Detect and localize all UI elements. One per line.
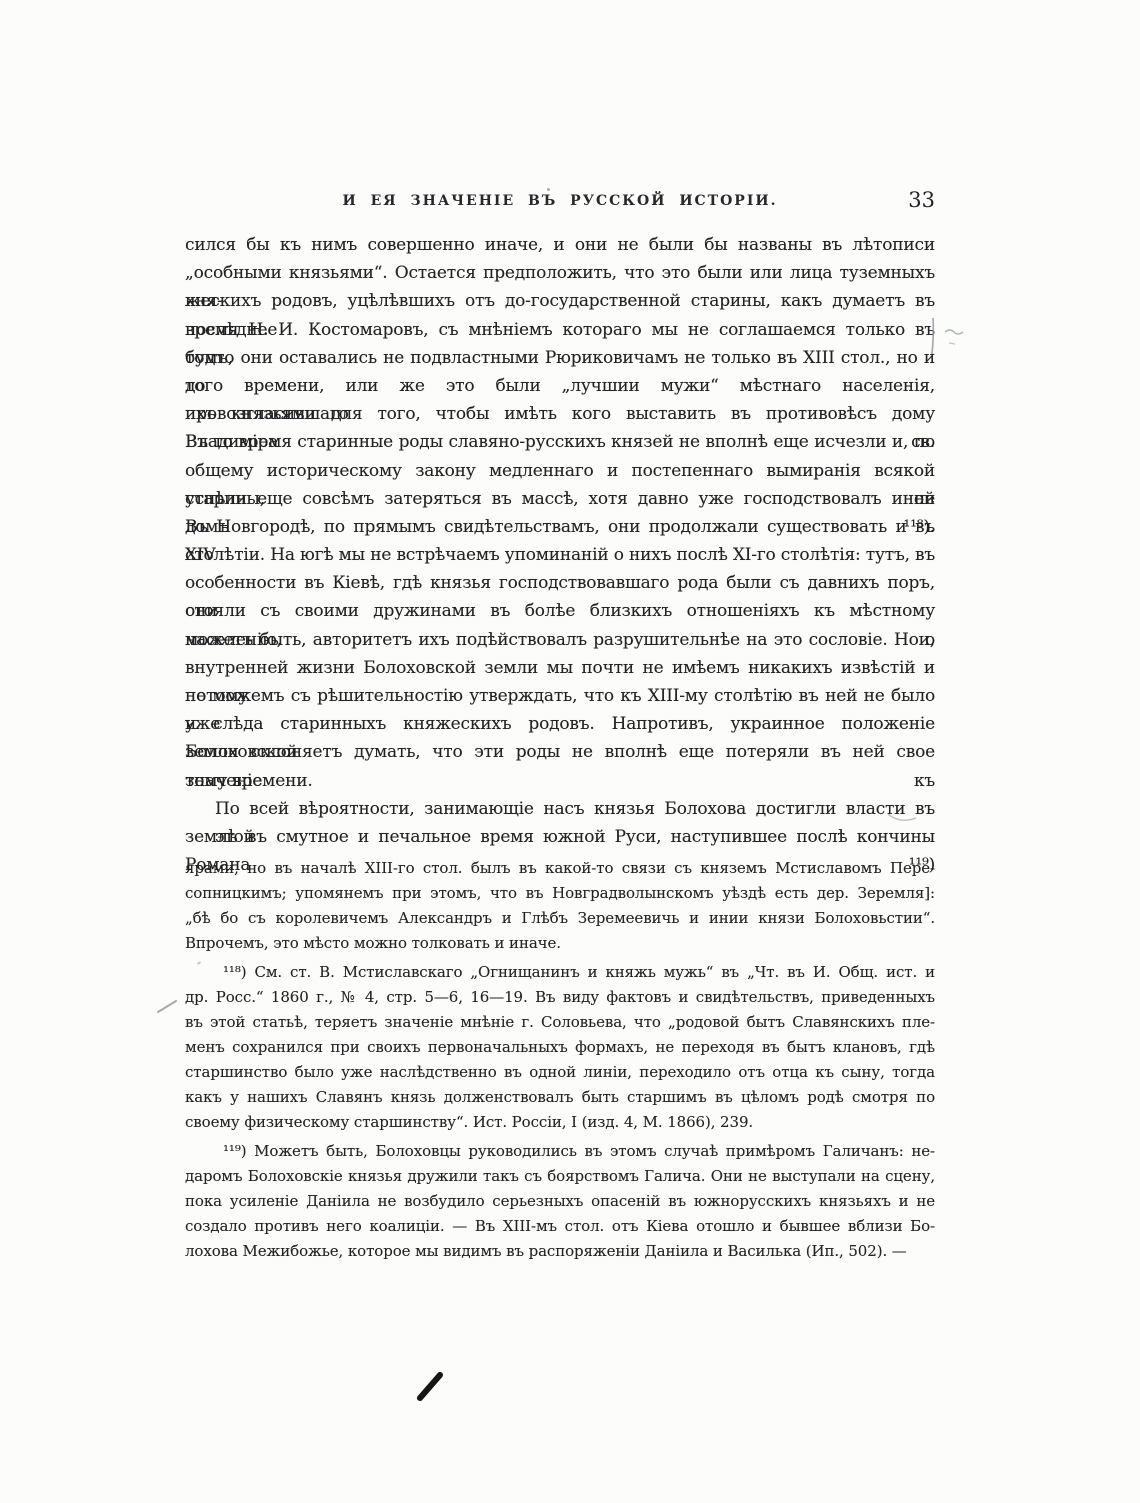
text-line: время Н. И. Костомаровъ, съ мнѣніемъ кот… xyxy=(185,316,935,344)
text-line: можетъ быть, авторитетъ ихъ подѣйствовал… xyxy=(185,626,935,654)
text-line: лохова Межибожье, которое мы видимъ въ р… xyxy=(185,1239,935,1264)
text-line: ¹¹⁸) См. ст. В. Мстиславскаго „Огнищанин… xyxy=(185,960,935,985)
text-line: сопницкимъ; упомянемъ при этомъ, что въ … xyxy=(185,881,935,906)
text-line: ¹¹⁹) Можетъ быть, Болоховцы руководились… xyxy=(185,1139,935,1164)
footnote-continuation: ярами, но въ началѣ XIII-го стол. былъ в… xyxy=(185,856,935,956)
text-line: пока усиленіе Даніила не возбудило серье… xyxy=(185,1189,935,1214)
running-title: И ЕЯ ЗНАЧЕНІЕ ВЪ РУССКОЙ ИСТОРІИ. xyxy=(185,190,935,209)
text-line: жескихъ родовъ, уцѣлѣвшихъ отъ до-госуда… xyxy=(185,287,935,315)
text-line: менъ сохранился при своихъ первоначальны… xyxy=(185,1035,935,1060)
text-line: не можемъ съ рѣшительностію утверждать, … xyxy=(185,682,935,710)
text-line: старшинство было уже наслѣдственно въ од… xyxy=(185,1060,935,1085)
text-line: ихъ князьями для того, чтобы имѣть кого … xyxy=(185,400,935,428)
text-line: Впрочемъ, это мѣсто можно толковать и ин… xyxy=(185,931,935,956)
footnotes: ярами, но въ началѣ XIII-го стол. былъ в… xyxy=(185,856,935,1264)
text-line: „особными князьями“. Остается предположи… xyxy=(185,259,935,287)
page-number: 33 xyxy=(908,188,935,212)
text-line: успѣли еще совсѣмъ затеряться въ массѣ, … xyxy=(185,485,935,513)
text-line: общему историческому закону медленнаго и… xyxy=(185,457,935,485)
text-line: своему физическому старшинству“. Ист. Ро… xyxy=(185,1110,935,1135)
text-line: земли склоняетъ думать, что эти роды не … xyxy=(185,738,935,766)
text-line: въ этой статьѣ, теряетъ значеніе мнѣніе … xyxy=(185,1010,935,1035)
text-line: Въ то время старинные роды славяно-русск… xyxy=(185,428,935,456)
text-line: др. Росс.“ 1860 г., № 4, стр. 5—6, 16—19… xyxy=(185,985,935,1010)
text-line: землѣ въ смутное и печальное время южной… xyxy=(185,823,935,851)
main-text: сился бы къ нимъ совершенно иначе, и они… xyxy=(185,231,935,851)
text-line: столѣтіи. На югѣ мы не встрѣчаемъ упомин… xyxy=(185,541,935,569)
text-line: создало противъ него коалиціи. — Въ XIII… xyxy=(185,1214,935,1239)
text-line: стояли съ своими дружинами въ болѣе близ… xyxy=(185,597,935,625)
text-line: какъ у нашихъ Славянъ князь долженствова… xyxy=(185,1085,935,1110)
text-line: того времени, или же это были „лучшии му… xyxy=(185,372,935,400)
text-line: По всей вѣроятности, занимающіе насъ кня… xyxy=(185,795,935,823)
text-line: особенности въ Кіевѣ, гдѣ князья господс… xyxy=(185,569,935,597)
text-line: будто они оставались не подвластными Рюр… xyxy=(185,344,935,372)
footnote-119: ¹¹⁹) Можетъ быть, Болоховцы руководились… xyxy=(185,1139,935,1264)
ink-slash-bottom xyxy=(408,1365,458,1410)
text-line: сился бы къ нимъ совершенно иначе, и они… xyxy=(185,231,935,259)
page-header: И ЕЯ ЗНАЧЕНІЕ ВЪ РУССКОЙ ИСТОРІИ. 33 xyxy=(185,190,935,216)
text-line: даромъ Болоховскіе князья дружили такъ с… xyxy=(185,1164,935,1189)
footnote-118: ¹¹⁸) См. ст. В. Мстиславскаго „Огнищанин… xyxy=(185,960,935,1135)
text-line: Въ Новгородѣ, по прямымъ свидѣтельствамъ… xyxy=(185,513,935,541)
text-line: „бѣ бо съ королевичемъ Александръ и Глѣб… xyxy=(185,906,935,931)
text-line: внутренней жизни Болоховской земли мы по… xyxy=(185,654,935,682)
text-line: и слѣда старинныхъ княжескихъ родовъ. На… xyxy=(185,710,935,738)
scanned-book-page: И ЕЯ ЗНАЧЕНІЕ ВЪ РУССКОЙ ИСТОРІИ. 33 сил… xyxy=(0,0,1140,1503)
text-line: ярами, но въ началѣ XIII-го стол. былъ в… xyxy=(185,856,935,881)
pencil-slash-left-margin xyxy=(150,994,190,1024)
